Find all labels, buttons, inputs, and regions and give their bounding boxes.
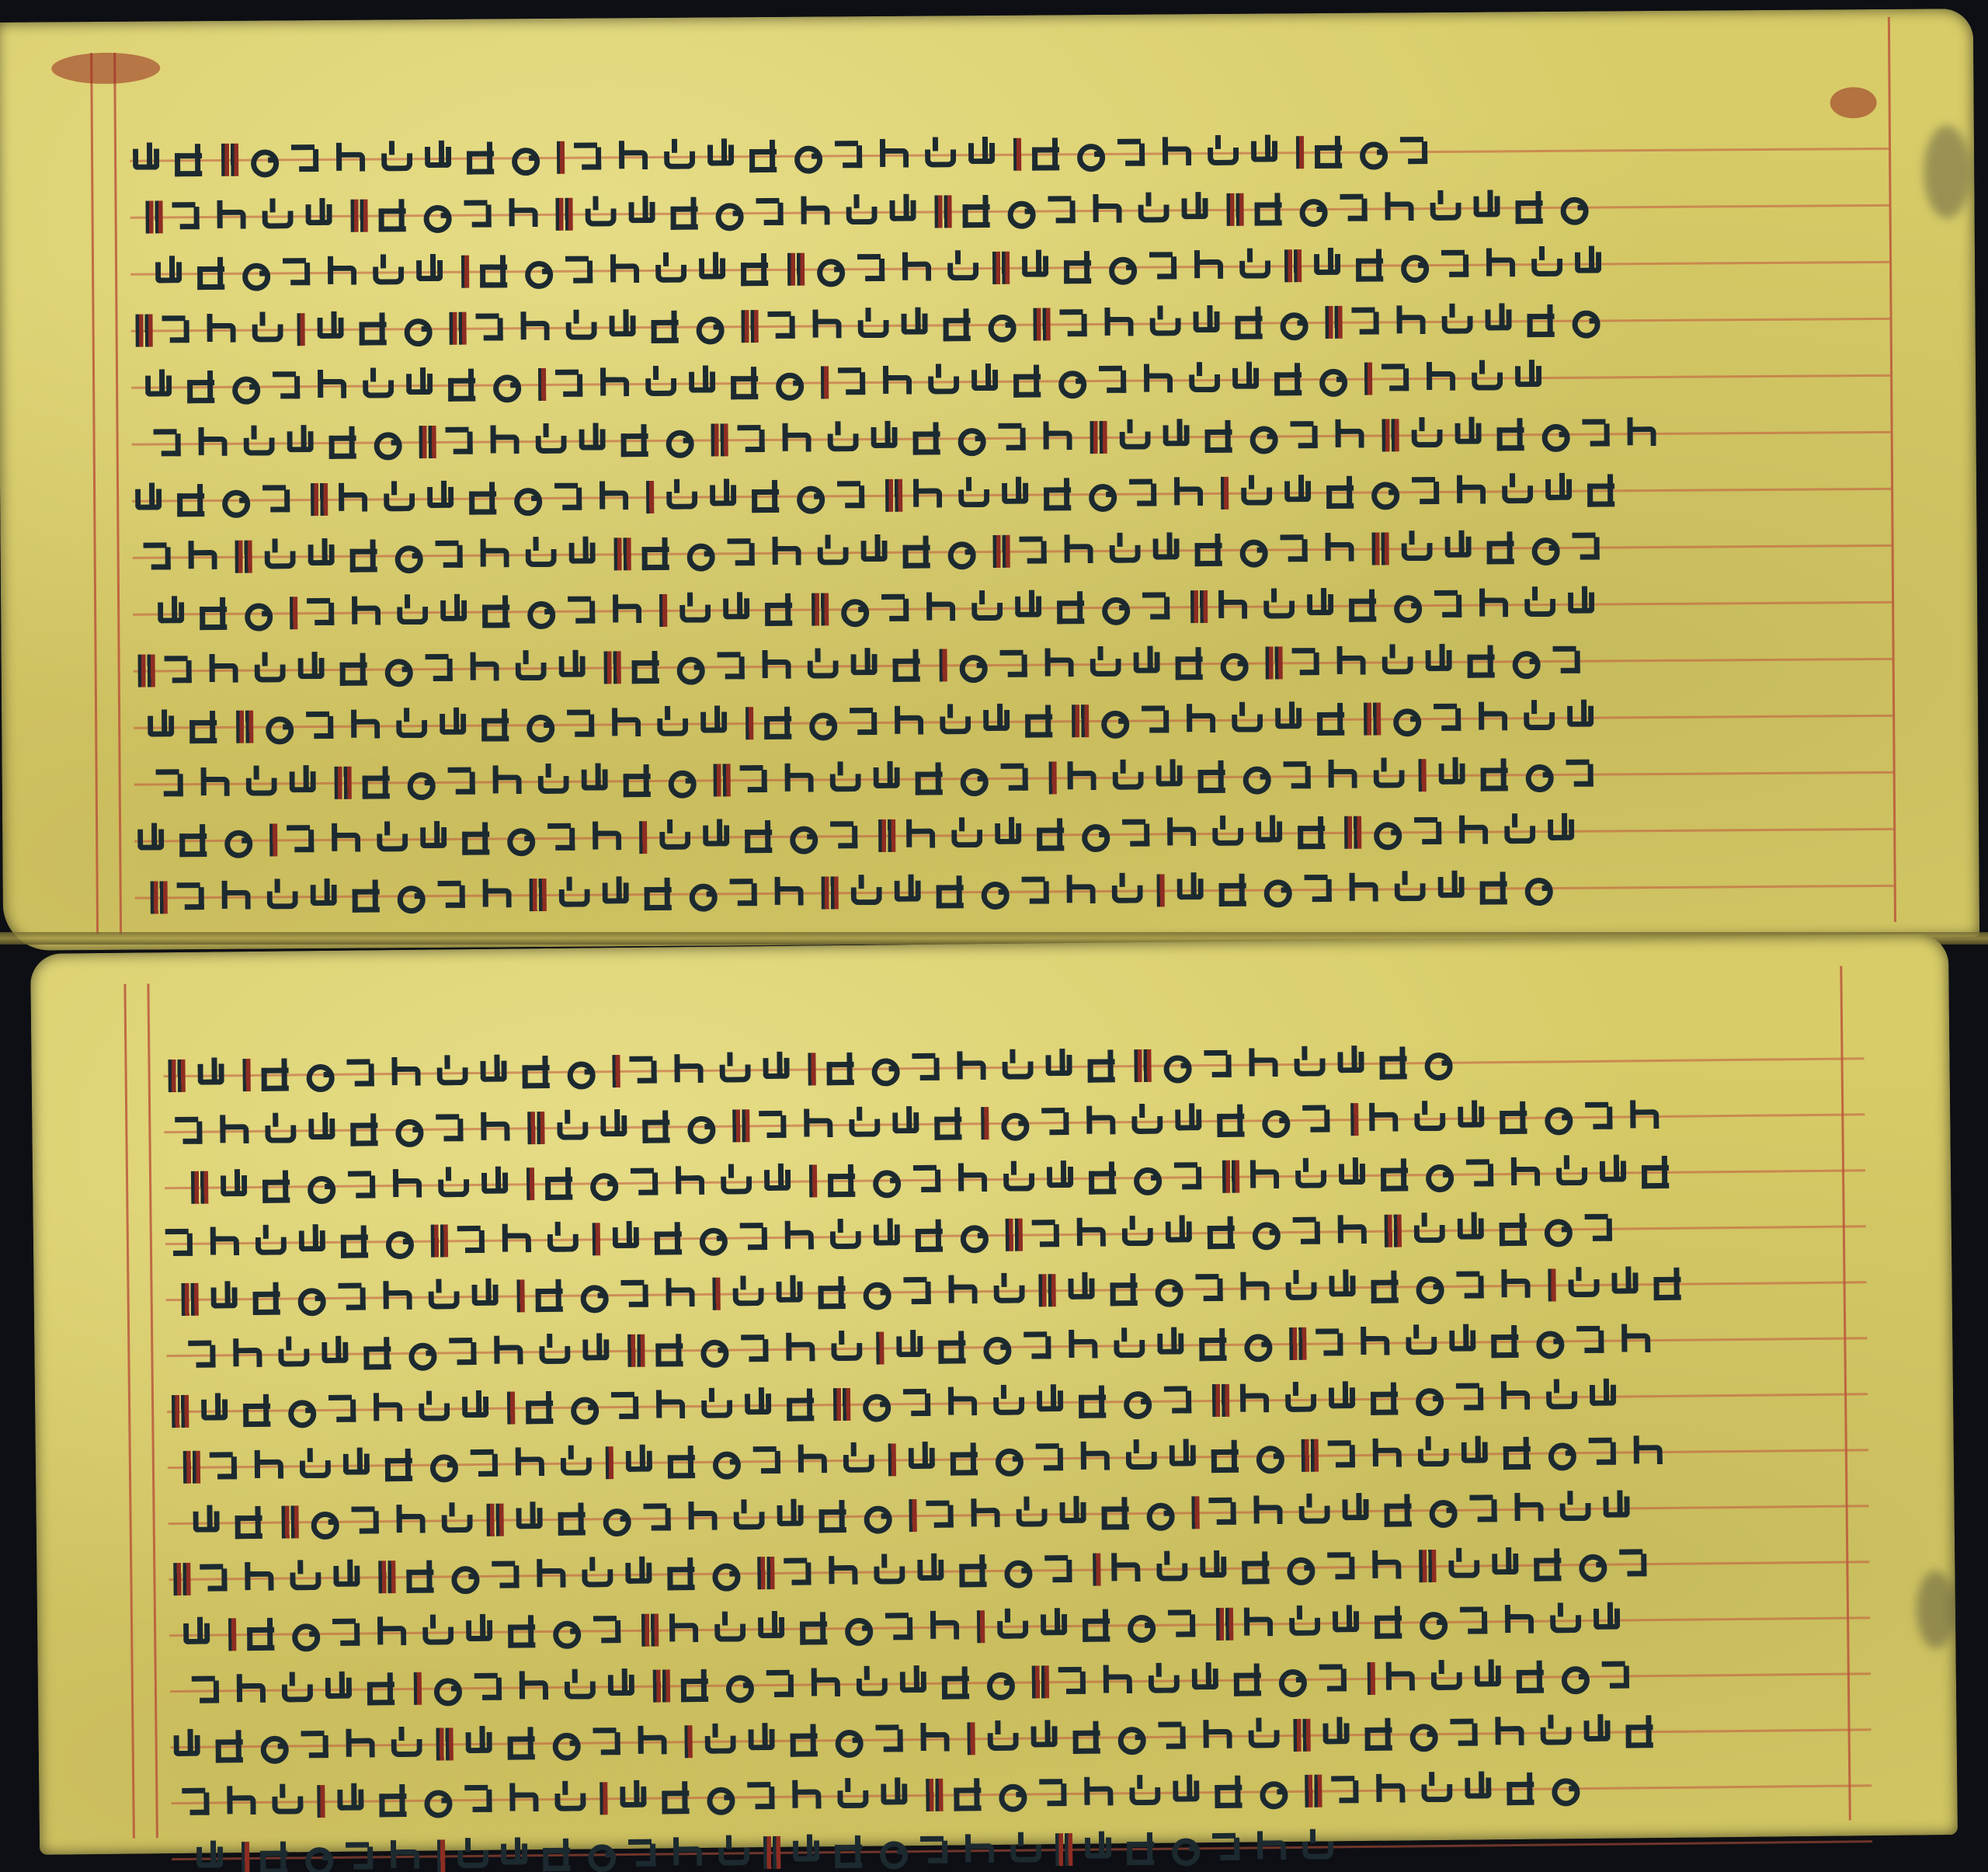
- danda-mark: [1385, 1214, 1402, 1247]
- script-glyph: [349, 538, 384, 572]
- script-glyph: [1189, 1662, 1225, 1696]
- script-glyph: [1044, 1160, 1079, 1195]
- danda-mark: [639, 821, 647, 854]
- script-glyph: [1065, 873, 1101, 907]
- script-glyph: [522, 253, 558, 287]
- script-glyph: [1458, 813, 1493, 847]
- script-glyph: [240, 425, 276, 459]
- script-glyph: [561, 1668, 597, 1703]
- script-glyph: [296, 1224, 332, 1258]
- script-glyph: [142, 369, 178, 403]
- danda-mark: [1191, 1496, 1199, 1529]
- script-glyph: [1190, 305, 1225, 339]
- script-glyph: [701, 1723, 737, 1757]
- manuscript-line: [143, 509, 1611, 573]
- script-glyph: [1600, 1490, 1635, 1524]
- script-glyph: [245, 1616, 281, 1651]
- script-glyph: [881, 364, 917, 398]
- script-glyph: [727, 535, 763, 569]
- script-glyph: [422, 141, 457, 175]
- danda-mark: [183, 1451, 200, 1484]
- script-glyph: [1311, 248, 1347, 282]
- script-glyph: [875, 1721, 911, 1755]
- script-glyph: [302, 198, 338, 232]
- script-glyph: [501, 1222, 537, 1256]
- script-glyph: [770, 535, 806, 569]
- script-glyph: [259, 198, 294, 232]
- script-glyph: [704, 138, 740, 172]
- script-glyph: [291, 141, 327, 176]
- script-glyph: [338, 1279, 374, 1314]
- script-glyph: [980, 704, 1016, 738]
- danda-mark: [530, 879, 547, 911]
- script-glyph: [394, 878, 430, 912]
- script-glyph: [1528, 246, 1564, 280]
- script-glyph: [337, 482, 373, 516]
- script-glyph: [1503, 1603, 1539, 1637]
- script-glyph: [1074, 136, 1110, 170]
- script-glyph: [860, 1274, 895, 1308]
- script-glyph: [498, 1837, 533, 1871]
- script-glyph: [1164, 1383, 1200, 1417]
- script-glyph: [1293, 1213, 1329, 1247]
- script-glyph: [155, 596, 190, 630]
- script-glyph: [868, 1050, 904, 1084]
- script-glyph: [1166, 816, 1201, 850]
- script-glyph: [1460, 1603, 1496, 1637]
- script-glyph: [1079, 1439, 1115, 1474]
- script-glyph: [346, 1056, 382, 1090]
- script-glyph: [1142, 362, 1178, 396]
- script-glyph: [636, 1724, 672, 1758]
- script-glyph: [1315, 1325, 1351, 1359]
- script-glyph: [1087, 646, 1123, 680]
- script-glyph: [893, 705, 929, 739]
- script-glyph: [998, 420, 1034, 454]
- danda-mark: [1157, 874, 1165, 906]
- danda-mark: [822, 876, 839, 909]
- script-glyph: [509, 140, 544, 174]
- script-glyph: [853, 1665, 889, 1700]
- script-glyph: [1379, 1157, 1415, 1191]
- script-glyph: [955, 1049, 991, 1084]
- script-glyph: [1081, 1607, 1117, 1641]
- script-glyph: [750, 478, 786, 513]
- script-glyph: [248, 141, 283, 176]
- script-glyph: [696, 252, 732, 286]
- script-glyph: [478, 253, 514, 287]
- script-glyph: [1058, 1664, 1094, 1698]
- script-glyph: [492, 1334, 528, 1368]
- script-glyph: [1004, 193, 1040, 228]
- danda-mark: [1293, 1719, 1310, 1752]
- script-glyph: [1415, 1436, 1451, 1470]
- script-glyph: [1499, 473, 1534, 507]
- script-glyph: [1416, 1604, 1452, 1638]
- script-glyph: [788, 1722, 824, 1756]
- script-glyph: [826, 1163, 862, 1197]
- script-glyph: [773, 365, 808, 399]
- script-glyph: [948, 817, 984, 851]
- script-glyph: [698, 1388, 734, 1422]
- script-glyph: [952, 1776, 988, 1811]
- script-glyph: [1197, 759, 1232, 793]
- script-glyph: [1465, 643, 1501, 677]
- script-glyph: [504, 820, 540, 854]
- script-glyph: [1371, 1436, 1407, 1470]
- script-glyph: [1382, 1492, 1418, 1526]
- danda-mark: [151, 881, 168, 913]
- script-glyph: [187, 539, 223, 573]
- script-glyph: [1173, 645, 1209, 680]
- script-glyph: [1363, 1717, 1399, 1751]
- script-glyph: [1624, 1714, 1660, 1748]
- script-glyph: [1253, 815, 1288, 849]
- manuscript-line: [155, 736, 1604, 800]
- script-glyph: [551, 1781, 587, 1815]
- script-glyph: [264, 879, 300, 913]
- script-glyph: [1055, 363, 1091, 397]
- margin-rule-right: [1888, 17, 1896, 922]
- script-glyph: [575, 423, 611, 457]
- dark-smudge: [1916, 1571, 1955, 1649]
- script-glyph: [1482, 303, 1517, 337]
- danda-mark: [414, 1672, 422, 1705]
- script-glyph: [568, 593, 603, 627]
- script-glyph: [1391, 587, 1427, 621]
- danda-mark: [437, 1839, 445, 1872]
- script-glyph: [301, 1728, 336, 1762]
- script-glyph: [1142, 589, 1178, 623]
- script-glyph: [328, 1391, 364, 1425]
- script-glyph: [196, 256, 231, 290]
- script-glyph: [468, 1279, 504, 1313]
- script-glyph: [480, 707, 516, 741]
- script-glyph: [533, 1278, 569, 1312]
- manuscript-line: [142, 339, 1551, 404]
- danda-mark: [714, 764, 731, 796]
- danda-mark: [1038, 1274, 1055, 1307]
- script-glyph: [383, 1223, 419, 1258]
- script-glyph: [162, 312, 197, 346]
- script-glyph: [436, 1111, 471, 1145]
- danda-mark: [461, 256, 469, 288]
- script-glyph: [1239, 1270, 1274, 1304]
- script-glyph: [523, 707, 559, 741]
- script-glyph: [676, 592, 712, 626]
- script-glyph: [628, 1835, 664, 1870]
- script-glyph: [672, 1835, 707, 1870]
- script-glyph: [1229, 362, 1265, 396]
- script-glyph: [459, 1390, 495, 1425]
- script-glyph: [194, 1057, 230, 1091]
- script-glyph: [394, 594, 429, 628]
- script-glyph: [1348, 871, 1384, 905]
- red-ink-stain: [1830, 87, 1877, 118]
- script-glyph: [431, 1670, 467, 1704]
- script-glyph: [1585, 1211, 1621, 1245]
- danda-mark: [1222, 1160, 1239, 1193]
- script-glyph: [914, 1554, 950, 1588]
- script-glyph: [170, 1729, 206, 1763]
- script-glyph: [1329, 1605, 1365, 1639]
- script-glyph: [1327, 1549, 1363, 1583]
- script-glyph: [448, 764, 484, 799]
- danda-mark: [242, 1842, 249, 1872]
- script-glyph: [248, 311, 284, 346]
- script-glyph: [394, 1503, 430, 1537]
- script-glyph: [1256, 1773, 1292, 1808]
- script-glyph: [1455, 473, 1491, 507]
- script-glyph: [339, 1223, 375, 1258]
- script-glyph: [748, 138, 784, 172]
- script-glyph: [360, 367, 395, 402]
- script-glyph: [239, 255, 275, 289]
- danda-mark: [335, 767, 352, 799]
- script-glyph: [420, 197, 456, 231]
- script-glyph: [1086, 476, 1121, 510]
- danda-mark: [1350, 1103, 1358, 1136]
- danda-mark: [833, 1388, 850, 1421]
- script-glyph: [1067, 1328, 1103, 1362]
- script-glyph: [405, 1334, 441, 1369]
- script-glyph: [941, 307, 977, 341]
- script-glyph: [1576, 1547, 1611, 1581]
- danda-mark: [1221, 477, 1229, 510]
- script-glyph: [449, 1334, 485, 1369]
- script-glyph: [1241, 1326, 1277, 1360]
- script-glyph: [520, 1054, 556, 1088]
- script-glyph: [492, 764, 527, 798]
- script-glyph: [867, 421, 903, 455]
- danda-mark: [145, 200, 162, 233]
- danda-mark: [808, 1053, 815, 1085]
- script-glyph: [1153, 759, 1189, 793]
- script-glyph: [1000, 1160, 1036, 1195]
- script-glyph: [1316, 361, 1352, 395]
- script-glyph: [535, 1557, 571, 1592]
- script-glyph: [893, 1330, 929, 1364]
- script-glyph: [1369, 1380, 1405, 1414]
- script-glyph: [462, 1726, 498, 1760]
- script-glyph: [1291, 1046, 1326, 1080]
- script-glyph: [1512, 360, 1548, 394]
- script-glyph: [610, 1221, 645, 1255]
- script-glyph: [1281, 475, 1317, 509]
- danda-mark: [1033, 308, 1050, 340]
- script-glyph: [937, 704, 972, 738]
- script-glyph: [611, 593, 647, 627]
- script-glyph: [275, 1336, 311, 1370]
- script-glyph: [1253, 1438, 1289, 1472]
- script-glyph: [996, 1776, 1031, 1811]
- script-glyph: [176, 482, 211, 517]
- script-glyph: [1357, 134, 1392, 168]
- script-glyph: [935, 874, 971, 908]
- script-glyph: [629, 1053, 665, 1087]
- danda-mark: [527, 1167, 534, 1200]
- script-glyph: [600, 1501, 635, 1535]
- dark-smudge: [1924, 125, 1971, 218]
- script-glyph: [1413, 1268, 1448, 1303]
- script-glyph: [1201, 1718, 1237, 1752]
- script-glyph: [1001, 1552, 1037, 1586]
- script-glyph: [1521, 700, 1556, 734]
- script-glyph: [1489, 1324, 1525, 1358]
- script-glyph: [1446, 1324, 1482, 1358]
- script-glyph: [1383, 190, 1419, 224]
- script-glyph: [1114, 1719, 1150, 1753]
- script-glyph: [130, 142, 165, 176]
- danda-mark: [555, 198, 572, 231]
- script-glyph: [192, 1672, 228, 1707]
- script-glyph: [144, 709, 180, 743]
- script-glyph: [1109, 873, 1145, 907]
- script-glyph: [631, 649, 666, 684]
- script-glyph: [1587, 1379, 1622, 1413]
- script-glyph: [1402, 1324, 1438, 1359]
- script-glyph: [965, 137, 1001, 171]
- danda-mark: [604, 651, 621, 684]
- script-glyph: [242, 595, 277, 629]
- script-glyph: [1284, 1550, 1319, 1584]
- script-glyph: [617, 1780, 652, 1815]
- script-glyph: [598, 479, 634, 513]
- script-glyph: [711, 1611, 747, 1645]
- script-glyph: [673, 1053, 708, 1087]
- script-glyph: [348, 1167, 384, 1202]
- margin-rule-left-outer: [123, 984, 135, 1839]
- script-glyph: [686, 1500, 722, 1534]
- script-glyph: [175, 1114, 210, 1148]
- script-glyph: [1336, 1157, 1371, 1192]
- manuscript-line: [144, 679, 1603, 743]
- script-glyph: [405, 1558, 440, 1592]
- script-glyph: [579, 763, 614, 797]
- script-glyph: [649, 309, 685, 343]
- script-glyph: [697, 1220, 732, 1254]
- script-glyph: [1398, 531, 1434, 565]
- script-glyph: [357, 311, 393, 345]
- danda-mark: [1212, 1384, 1229, 1417]
- danda-mark: [317, 1785, 325, 1818]
- danda-mark: [1419, 759, 1427, 792]
- script-glyph: [912, 1050, 947, 1084]
- script-glyph: [1082, 1831, 1117, 1865]
- danda-mark: [1548, 1268, 1555, 1301]
- script-glyph: [285, 1392, 321, 1426]
- script-glyph: [837, 478, 873, 512]
- script-glyph: [305, 1112, 341, 1147]
- script-glyph: [1505, 1771, 1541, 1805]
- script-glyph: [210, 1449, 245, 1483]
- script-glyph: [283, 425, 319, 459]
- danda-mark: [1305, 1775, 1322, 1808]
- script-glyph: [1541, 1099, 1577, 1133]
- script-glyph: [784, 1219, 819, 1253]
- script-glyph: [1434, 587, 1470, 621]
- script-glyph: [810, 1666, 846, 1700]
- script-glyph: [1553, 1155, 1589, 1189]
- script-glyph: [1062, 533, 1098, 567]
- script-glyph: [361, 764, 397, 799]
- script-glyph: [871, 1554, 906, 1588]
- script-glyph: [475, 310, 511, 344]
- script-glyph: [707, 478, 742, 513]
- script-glyph: [1062, 249, 1098, 284]
- script-glyph: [1169, 1830, 1204, 1864]
- script-glyph: [587, 1165, 623, 1199]
- script-glyph: [198, 596, 234, 630]
- script-glyph: [1110, 760, 1145, 794]
- script-glyph: [1208, 1494, 1244, 1529]
- danda-mark: [684, 1725, 692, 1758]
- script-glyph: [1295, 1493, 1331, 1527]
- script-glyph: [811, 308, 846, 342]
- script-glyph: [1564, 700, 1600, 734]
- script-glyph: [1106, 533, 1142, 567]
- script-glyph: [1152, 1271, 1187, 1305]
- script-glyph: [252, 652, 287, 686]
- script-glyph: [940, 1665, 976, 1699]
- script-glyph: [524, 1390, 560, 1424]
- script-glyph: [857, 534, 893, 569]
- script-glyph: [1083, 1775, 1118, 1809]
- script-glyph: [704, 1779, 739, 1813]
- script-glyph: [660, 1780, 696, 1814]
- script-glyph: [556, 877, 592, 911]
- script-glyph: [925, 590, 961, 625]
- danda-mark: [507, 1391, 515, 1424]
- script-glyph: [165, 1226, 201, 1260]
- script-glyph: [911, 420, 947, 454]
- script-glyph: [947, 1273, 982, 1307]
- script-glyph: [605, 1668, 641, 1703]
- danda-mark: [878, 819, 895, 852]
- manuscript-line: [132, 452, 1625, 517]
- script-glyph: [1272, 701, 1308, 736]
- script-glyph: [1395, 304, 1430, 338]
- script-glyph: [558, 1445, 593, 1479]
- script-glyph: [231, 1337, 267, 1371]
- script-glyph: [985, 307, 1020, 341]
- script-glyph: [242, 1393, 277, 1427]
- script-glyph: [609, 252, 645, 287]
- script-glyph: [215, 199, 251, 233]
- script-glyph: [919, 1721, 954, 1755]
- script-glyph: [763, 705, 798, 739]
- script-glyph: [1086, 1048, 1121, 1082]
- script-glyph: [339, 652, 374, 686]
- manuscript-line: [193, 1808, 1339, 1872]
- script-glyph: [564, 1053, 600, 1087]
- script-glyph: [878, 1777, 913, 1811]
- script-glyph: [674, 649, 710, 684]
- script-glyph: [840, 1442, 876, 1477]
- script-glyph: [1204, 135, 1240, 169]
- script-glyph: [827, 1554, 863, 1588]
- script-glyph: [1276, 1661, 1312, 1696]
- script-glyph: [1501, 813, 1537, 847]
- script-glyph: [1119, 1216, 1155, 1250]
- script-glyph: [674, 1164, 710, 1199]
- script-glyph: [763, 592, 799, 626]
- script-glyph: [1246, 418, 1282, 452]
- script-glyph: [178, 823, 214, 857]
- script-glyph: [755, 1611, 791, 1645]
- danda-mark: [228, 1618, 236, 1651]
- script-glyph: [901, 250, 937, 284]
